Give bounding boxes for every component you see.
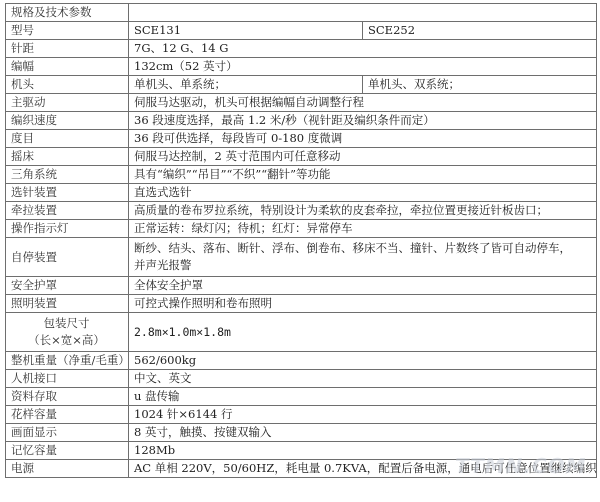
row-label: 安全护罩 [6, 277, 129, 295]
row-value: 36 段速度选择，最高 1.2 米/秒（视针距及编织条件而定） [129, 112, 597, 130]
row-label: 牵拉装置 [6, 202, 129, 220]
table-row: 整机重量（净重/毛重） 562/600kg [6, 352, 597, 370]
model-1: SCE131 [129, 22, 363, 40]
row-value: 直选式选针 [129, 184, 597, 202]
table-row: 记忆容量 128Mb [6, 442, 597, 460]
table-row: 画面显示 8 英寸，触摸、按键双输入 [6, 424, 597, 442]
row-label: 资料存取 [6, 388, 129, 406]
head-2: 单机头、双系统； [363, 76, 597, 94]
table-row: 三角系统 具有“编织”“吊目”“不织”“翻针”等功能 [6, 166, 597, 184]
table-title: 规格及技术参数 [6, 4, 129, 22]
table-row: 电源 AC 单相 220V，50/60HZ，耗电量 0.7KVA，配置后备电源，… [6, 460, 597, 478]
row-value: u 盘传输 [129, 388, 597, 406]
row-value: 伺服马达驱动，机头可根据编幅自动调整行程 [129, 94, 597, 112]
row-label: 机头 [6, 76, 129, 94]
table-row: 包装尺寸 （长×宽×高） 2.8m×1.0m×1.8m [6, 313, 597, 352]
table-row: 人机接口 中文、英文 [6, 370, 597, 388]
row-label: 花样容量 [6, 406, 129, 424]
table-row: 花样容量 1024 针×6144 行 [6, 406, 597, 424]
row-value: 562/600kg [129, 352, 597, 370]
row-value: 132cm（52 英寸） [129, 58, 597, 76]
table-row: 牵拉装置 高质量的卷布罗拉系统，特别设计为柔软的皮套牵拉，牵拉位置更接近针板齿口… [6, 202, 597, 220]
model-2: SCE252 [363, 22, 597, 40]
row-label: 主驱动 [6, 94, 129, 112]
table-row: 安全护罩 全体安全护罩 [6, 277, 597, 295]
table-row: 编幅 132cm（52 英寸） [6, 58, 597, 76]
row-value: 断纱、结头、落布、断针、浮布、倒卷布、移床不当、撞针、片数终了皆可自动停车， 并… [129, 238, 597, 277]
row-value: 36 段可供选择，每段皆可 0-180 度微调 [129, 130, 597, 148]
row-value: 7G、12 G、14 G [129, 40, 597, 58]
row-label: 照明装置 [6, 295, 129, 313]
table-row: 操作指示灯 正常运转：绿灯闪；待机；红灯：异常停车 [6, 220, 597, 238]
row-value: 1024 针×6144 行 [129, 406, 597, 424]
row-value: 正常运转：绿灯闪；待机；红灯：异常停车 [129, 220, 597, 238]
row-value: 高质量的卷布罗拉系统，特别设计为柔软的皮套牵拉，牵拉位置更接近针板齿口； [129, 202, 597, 220]
row-label: 包装尺寸 （长×宽×高） [6, 313, 129, 352]
row-label: 编织速度 [6, 112, 129, 130]
table-row: 照明装置 可控式操作照明和卷布照明 [6, 295, 597, 313]
autostop-line-2: 并声光报警 [134, 257, 590, 274]
title-empty-cell [129, 4, 597, 22]
row-label: 三角系统 [6, 166, 129, 184]
row-label: 自停装置 [6, 238, 129, 277]
table-row: 针距 7G、12 G、14 G [6, 40, 597, 58]
spec-table: 规格及技术参数 型号 SCE131 SCE252 针距 7G、12 G、14 G… [5, 3, 597, 478]
table-row: 资料存取 u 盘传输 [6, 388, 597, 406]
row-value: 中文、英文 [129, 370, 597, 388]
row-label: 针距 [6, 40, 129, 58]
row-label: 电源 [6, 460, 129, 478]
table-row: 度目 36 段可供选择，每段皆可 0-180 度微调 [6, 130, 597, 148]
row-label: 度目 [6, 130, 129, 148]
row-label: 编幅 [6, 58, 129, 76]
row-label: 选针装置 [6, 184, 129, 202]
table-row: 选针装置 直选式选针 [6, 184, 597, 202]
table-row-title: 规格及技术参数 [6, 4, 597, 22]
row-value: 伺服马达控制，2 英寸范围内可任意移动 [129, 148, 597, 166]
row-value: 8 英寸，触摸、按键双输入 [129, 424, 597, 442]
table-row: 自停装置 断纱、结头、落布、断针、浮布、倒卷布、移床不当、撞针、片数终了皆可自动… [6, 238, 597, 277]
table-row: 机头 单机头、单系统； 单机头、双系统； [6, 76, 597, 94]
row-label: 型号 [6, 22, 129, 40]
package-label-1: 包装尺寸 [11, 315, 122, 332]
package-label-2: （长×宽×高） [11, 332, 122, 349]
table-row: 型号 SCE131 SCE252 [6, 22, 597, 40]
row-value: 128Mb [129, 442, 597, 460]
row-value: AC 单相 220V，50/60HZ，耗电量 0.7KVA，配置后备电源，通电后… [129, 460, 597, 478]
row-label: 人机接口 [6, 370, 129, 388]
row-label: 整机重量（净重/毛重） [6, 352, 129, 370]
row-value: 2.8m×1.0m×1.8m [129, 313, 597, 352]
row-label: 摇床 [6, 148, 129, 166]
row-value: 具有“编织”“吊目”“不织”“翻针”等功能 [129, 166, 597, 184]
row-value: 全体安全护罩 [129, 277, 597, 295]
row-label: 操作指示灯 [6, 220, 129, 238]
table-row: 摇床 伺服马达控制，2 英寸范围内可任意移动 [6, 148, 597, 166]
row-value: 可控式操作照明和卷布照明 [129, 295, 597, 313]
autostop-line-1: 断纱、结头、落布、断针、浮布、倒卷布、移床不当、撞针、片数终了皆可自动停车， [134, 240, 590, 257]
head-1: 单机头、单系统； [129, 76, 363, 94]
row-label: 画面显示 [6, 424, 129, 442]
row-label: 记忆容量 [6, 442, 129, 460]
table-row: 主驱动 伺服马达驱动，机头可根据编幅自动调整行程 [6, 94, 597, 112]
table-row: 编织速度 36 段速度选择，最高 1.2 米/秒（视针距及编织条件而定） [6, 112, 597, 130]
